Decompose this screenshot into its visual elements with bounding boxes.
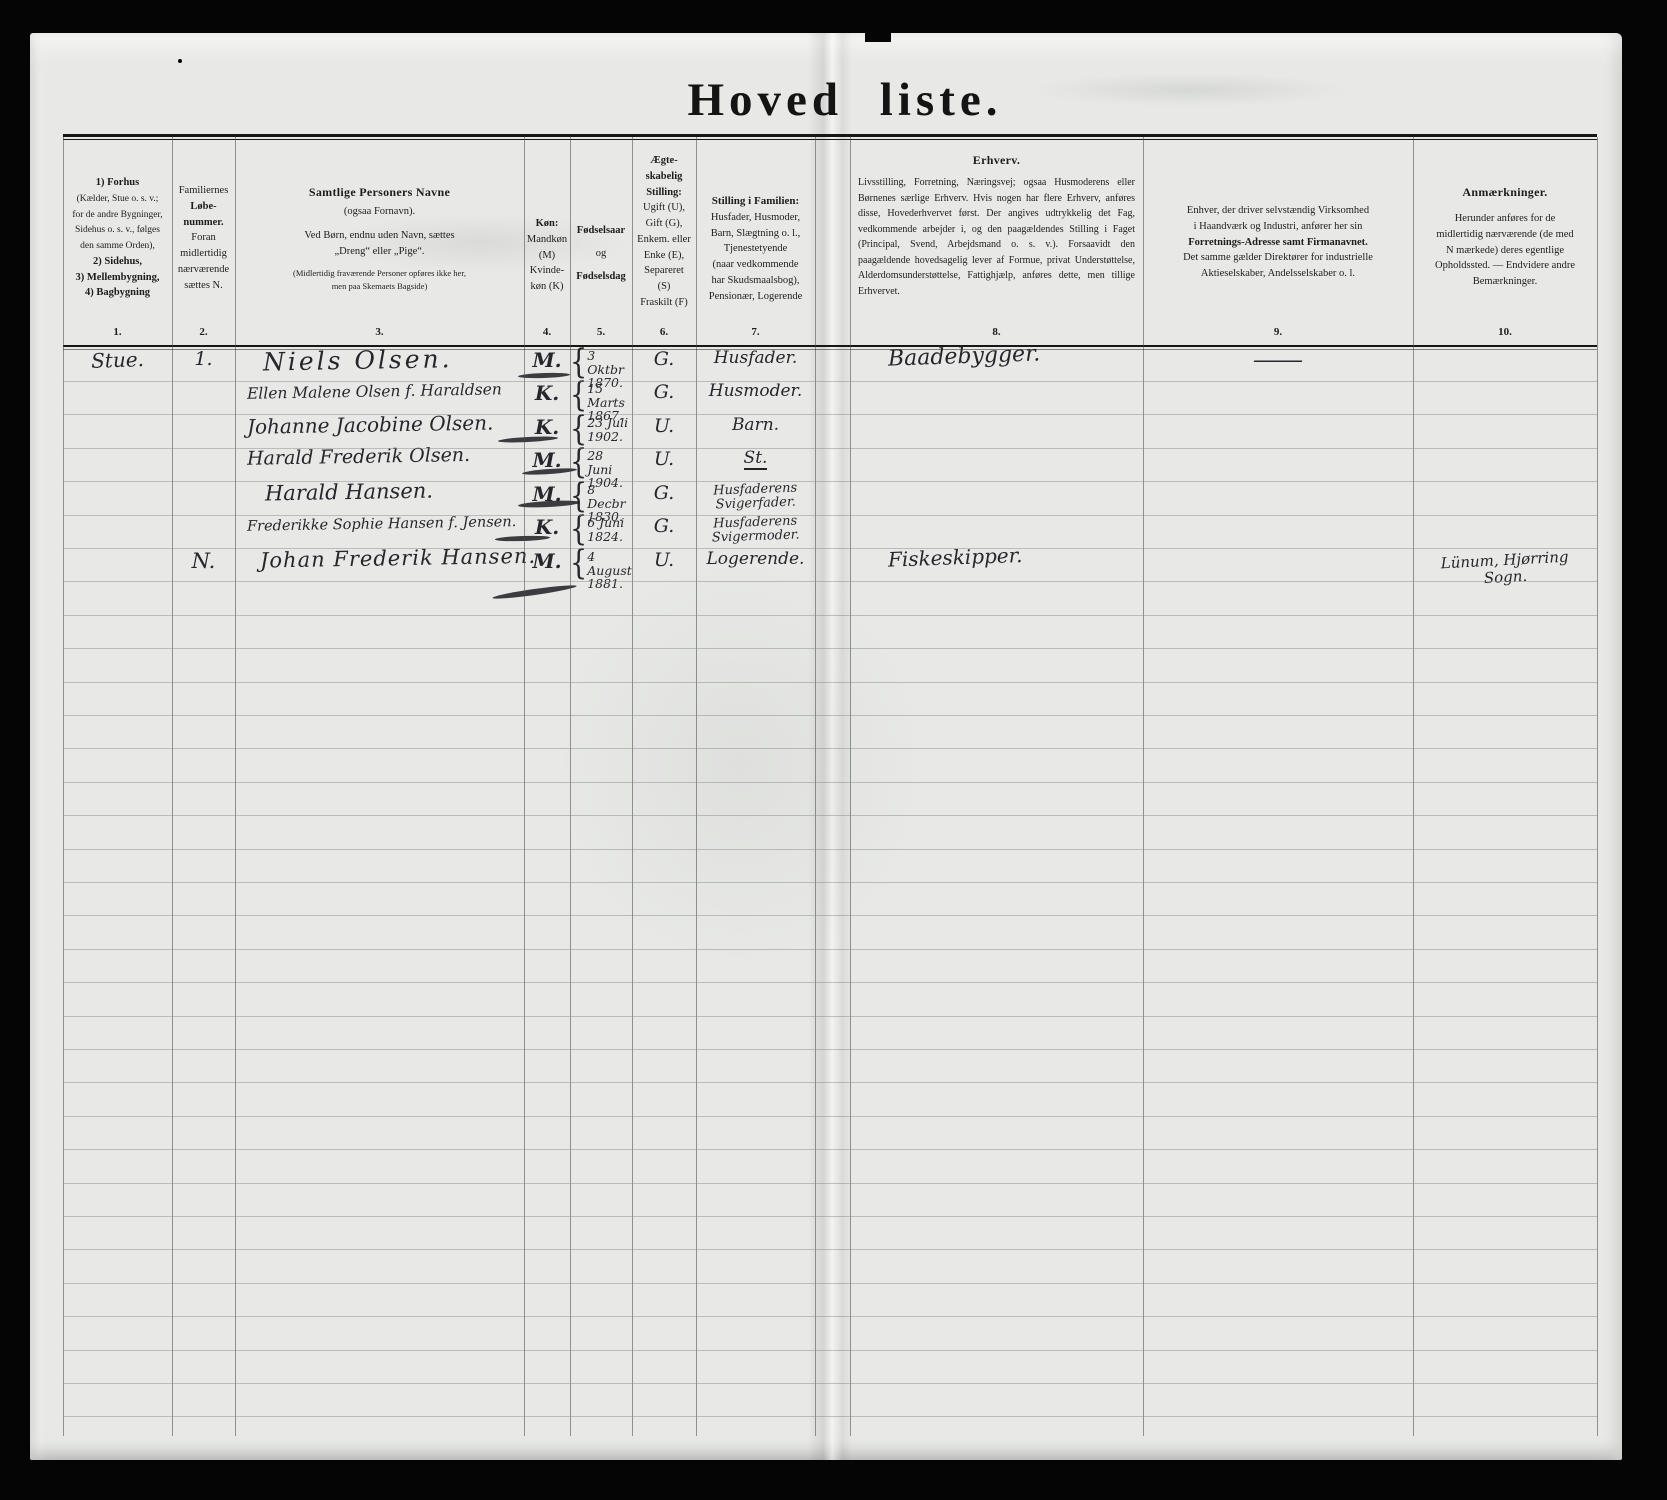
row-rule bbox=[63, 515, 1597, 516]
cell-name: Ellen Malene Olsen f. Haraldsen bbox=[235, 376, 536, 403]
header-names: Samtlige Personers Navne (ogsaa Fornavn)… bbox=[235, 183, 524, 294]
header-marital-body: Ugift (U), Gift (G), Enkem. eller Enke (… bbox=[637, 202, 691, 308]
column-rule bbox=[632, 137, 633, 1436]
column-rule bbox=[570, 137, 571, 1436]
cell-position: Husmoder. bbox=[696, 381, 815, 401]
header-remarks-body: Herunder anføres for de midlertidig nærv… bbox=[1413, 211, 1597, 290]
cell-birth: {23 Juli1902. bbox=[570, 415, 632, 443]
header-family-number-l1: Familiernes bbox=[179, 185, 229, 196]
header-business-address: Enhver, der driver selvstændig Virksomhe… bbox=[1143, 203, 1413, 282]
row-rule bbox=[63, 982, 1597, 983]
ink-speck bbox=[178, 59, 182, 63]
column-rule bbox=[696, 137, 697, 1436]
header-names-title: Samtlige Personers Navne bbox=[309, 185, 450, 199]
row-rule bbox=[63, 414, 1597, 415]
header-remarks-title: Anmærkninger. bbox=[1462, 185, 1547, 199]
header-marital-title: Ægte- skabelig Stilling: bbox=[646, 155, 683, 198]
header-sex-title: Køn: bbox=[536, 218, 559, 229]
brace-glyph: { bbox=[570, 480, 587, 514]
brace-glyph: { bbox=[570, 446, 587, 480]
column-rule bbox=[524, 137, 525, 1436]
row-rule bbox=[63, 1416, 1597, 1417]
cell-address: — bbox=[954, 348, 1602, 373]
cell-marital: U. bbox=[632, 448, 696, 470]
scanned-census-page: Hoved liste. 1) Forhus (Kælder, Stue o. … bbox=[0, 0, 1667, 1500]
brace-glyph: { bbox=[570, 513, 587, 547]
row-rule bbox=[63, 949, 1597, 950]
column-number-3: 3. bbox=[235, 326, 524, 342]
table-row: Harald Hansen. M. {8 Decbr1830. G. Husfa… bbox=[30, 482, 1622, 516]
row-rule bbox=[63, 648, 1597, 649]
header-birth-l1: Fødselsaar bbox=[577, 225, 625, 236]
row-rule bbox=[63, 1249, 1597, 1250]
column-number-4: 4. bbox=[524, 326, 570, 342]
table-row: Stue. 1. Niels Olsen. M. {3 Oktbr1870. G… bbox=[30, 348, 1622, 382]
cell-marital: G. bbox=[632, 381, 696, 403]
row-rule bbox=[63, 381, 1597, 382]
column-rule bbox=[235, 137, 236, 1436]
header-names-body: Ved Børn, endnu uden Navn, sættes „Dreng… bbox=[304, 228, 454, 260]
header-remarks: Anmærkninger. Herunder anføres for de mi… bbox=[1413, 183, 1597, 290]
row-rule bbox=[63, 815, 1597, 816]
row-rule bbox=[63, 448, 1597, 449]
header-building: 1) Forhus (Kælder, Stue o. s. v.; for de… bbox=[63, 175, 172, 301]
column-rule bbox=[172, 137, 173, 1436]
header-birth-l3: Fødselsdag bbox=[576, 271, 626, 282]
row-rule bbox=[63, 882, 1597, 883]
row-rule bbox=[63, 715, 1597, 716]
cell-remarks: Lünum, Hjørring Sogn. bbox=[1412, 544, 1598, 591]
header-occupation-body: Livsstilling, Forretning, Næringsvej; og… bbox=[850, 175, 1143, 299]
table-row: Frederikke Sophie Hansen f. Jensen. K. {… bbox=[30, 515, 1622, 549]
cell-birth-text: 6 Juni1824. bbox=[587, 516, 624, 543]
header-family-number-l2: Løbe- nummer. bbox=[183, 201, 223, 228]
cell-position: Barn. bbox=[696, 415, 815, 435]
cell-position: Logerende. bbox=[696, 549, 815, 569]
cell-marital: U. bbox=[632, 415, 696, 437]
cell-birth: {6 Juni1824. bbox=[570, 515, 632, 543]
row-rule bbox=[63, 1049, 1597, 1050]
header-building-paren: (Kælder, Stue o. s. v.; for de andre Byg… bbox=[72, 194, 162, 251]
column-number-9: 9. bbox=[1143, 326, 1413, 342]
header-marital: Ægte- skabelig Stilling: Ugift (U), Gift… bbox=[632, 153, 696, 311]
column-rule bbox=[63, 137, 64, 1436]
header-birth-l2: og bbox=[596, 246, 607, 262]
header-building-item2: 2) Sidehus, bbox=[93, 256, 142, 267]
cell-family-number: 1. bbox=[172, 348, 235, 370]
cell-marital: G. bbox=[632, 482, 696, 504]
header-sex-body: Mandkøn (M) Kvinde- køn (K) bbox=[527, 234, 567, 292]
column-number-6: 6. bbox=[632, 326, 696, 342]
header-sex: Køn: Mandkøn (M) Kvinde- køn (K) bbox=[524, 216, 570, 295]
column-number-5: 5. bbox=[570, 326, 632, 342]
cell-position: Husfaderens Svigerfader. bbox=[696, 480, 816, 514]
column-number-10: 10. bbox=[1413, 326, 1597, 342]
row-rule bbox=[63, 481, 1597, 482]
row-rule bbox=[63, 782, 1597, 783]
cell-sex: K. bbox=[524, 415, 570, 439]
header-building-item1: 1) Forhus bbox=[96, 177, 139, 188]
row-rule bbox=[63, 615, 1597, 616]
cell-name: Niels Olsen. bbox=[235, 342, 552, 377]
cell-sex: M. bbox=[524, 549, 570, 573]
table-row: N. Johan Frederik Hansen. M. {4 August18… bbox=[30, 549, 1622, 583]
paper-sheet: Hoved liste. 1) Forhus (Kælder, Stue o. … bbox=[30, 33, 1622, 1460]
cell-marital: G. bbox=[632, 515, 696, 537]
brace-glyph: { bbox=[570, 547, 587, 581]
cell-marital: G. bbox=[632, 348, 696, 370]
row-rule bbox=[63, 1149, 1597, 1150]
ink-smudge bbox=[492, 583, 577, 601]
row-rule bbox=[63, 1283, 1597, 1284]
row-rule bbox=[63, 1383, 1597, 1384]
cell-position: St. bbox=[696, 448, 815, 468]
column-number-1: 1. bbox=[63, 326, 172, 342]
header-names-note: (Midlertidig fraværende Personer opføres… bbox=[293, 267, 466, 293]
cell-marital: U. bbox=[632, 549, 696, 571]
cell-birth: {4 August1881. bbox=[570, 549, 632, 591]
table-row: Harald Frederik Olsen. M. {28 Juni1904. … bbox=[30, 448, 1622, 482]
header-family-number: Familiernes Løbe- nummer. Foran midlerti… bbox=[172, 183, 235, 293]
cell-building: Stue. bbox=[63, 346, 173, 374]
brace-glyph: { bbox=[570, 346, 587, 380]
column-rule bbox=[1413, 137, 1414, 1436]
column-number-2: 2. bbox=[172, 326, 235, 342]
bleed-through-stain bbox=[550, 553, 930, 973]
header-family-number-l3: Foran midlertidig nærværende sættes N. bbox=[178, 232, 229, 290]
header-family-position: Stilling i Familien: Husfader, Husmoder,… bbox=[696, 193, 815, 304]
header-building-item4: 4) Bagbygning bbox=[85, 287, 150, 298]
row-rule bbox=[63, 1116, 1597, 1117]
cell-family-number: N. bbox=[172, 549, 235, 573]
row-rule bbox=[63, 1316, 1597, 1317]
row-rule bbox=[63, 1216, 1597, 1217]
header-names-sub: (ogsaa Fornavn). bbox=[344, 206, 415, 217]
cell-position: Husfader. bbox=[696, 348, 815, 368]
cell-position: Husfaderens Svigermoder. bbox=[696, 513, 816, 547]
column-rule bbox=[1143, 137, 1144, 1436]
brace-glyph: { bbox=[570, 413, 587, 447]
cell-sex: M. bbox=[524, 348, 570, 372]
column-rule bbox=[1597, 137, 1598, 1436]
header-building-item3: 3) Mellembygning, bbox=[76, 272, 160, 283]
row-rule bbox=[63, 915, 1597, 916]
column-number-7: 7. bbox=[696, 326, 815, 342]
row-rule bbox=[63, 1082, 1597, 1083]
row-rule bbox=[63, 1183, 1597, 1184]
row-rule bbox=[63, 1016, 1597, 1017]
row-rule bbox=[63, 1350, 1597, 1351]
row-rule bbox=[63, 548, 1597, 549]
row-rule bbox=[63, 849, 1597, 850]
column-rule bbox=[850, 137, 851, 1436]
cell-name: Frederikke Sophie Hansen f. Jensen. bbox=[235, 510, 536, 535]
top-rule-thin bbox=[63, 139, 1597, 140]
header-business-address-l3: Det samme gælder Direktører for industri… bbox=[1183, 252, 1373, 279]
column-rule bbox=[815, 137, 816, 1436]
table-row: Johanne Jacobine Olsen. K. {23 Juli1902.… bbox=[30, 415, 1622, 449]
brace-glyph: { bbox=[570, 379, 587, 413]
row-rule bbox=[63, 682, 1597, 683]
header-family-position-body: Husfader, Husmoder, Barn, Slægtning o. l… bbox=[709, 212, 802, 302]
row-rule bbox=[63, 581, 1597, 582]
cell-birth-text: 4 August1881. bbox=[587, 550, 632, 591]
top-rule-thick bbox=[63, 134, 1597, 137]
header-family-position-title: Stilling i Familien: bbox=[712, 195, 799, 207]
header-business-address-l1: Enhver, der driver selvstændig Virksomhe… bbox=[1187, 205, 1369, 232]
header-occupation-title: Erhverv. bbox=[973, 153, 1020, 167]
row-rule bbox=[63, 748, 1597, 749]
page-title: Hoved liste. bbox=[460, 73, 1230, 127]
cell-birth-text: 23 Juli1902. bbox=[587, 416, 628, 443]
header-occupation: Erhverv. Livsstilling, Forretning, Nærin… bbox=[850, 151, 1143, 299]
header-business-address-l2: Forretnings-Adresse samt Firmanavnet. bbox=[1188, 237, 1368, 248]
cell-sex: K. bbox=[524, 381, 570, 405]
header-birth: Fødselsaar og Fødselsdag bbox=[570, 223, 632, 284]
scan-artifact bbox=[865, 33, 891, 42]
table-row: Ellen Malene Olsen f. Haraldsen K. {15 M… bbox=[30, 381, 1622, 415]
